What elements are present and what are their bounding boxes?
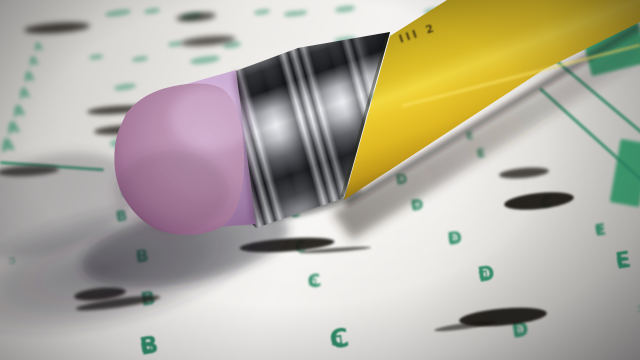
eraser-face-shade <box>114 150 230 234</box>
pencil-photo-layer: III 2 <box>0 0 640 360</box>
pencil-body-shade <box>344 0 640 200</box>
photo-answer-sheet-with-pencil: A⊐A⊐A⊐A⊐A⊐A⊐A⊐⊏B⊏B⊏B⊐B⊐⊏B⊐⊐C⊐C⊏C⊐⊏C⊐C⊏D⊐… <box>0 0 640 360</box>
eraser-face-highlight <box>170 86 254 150</box>
